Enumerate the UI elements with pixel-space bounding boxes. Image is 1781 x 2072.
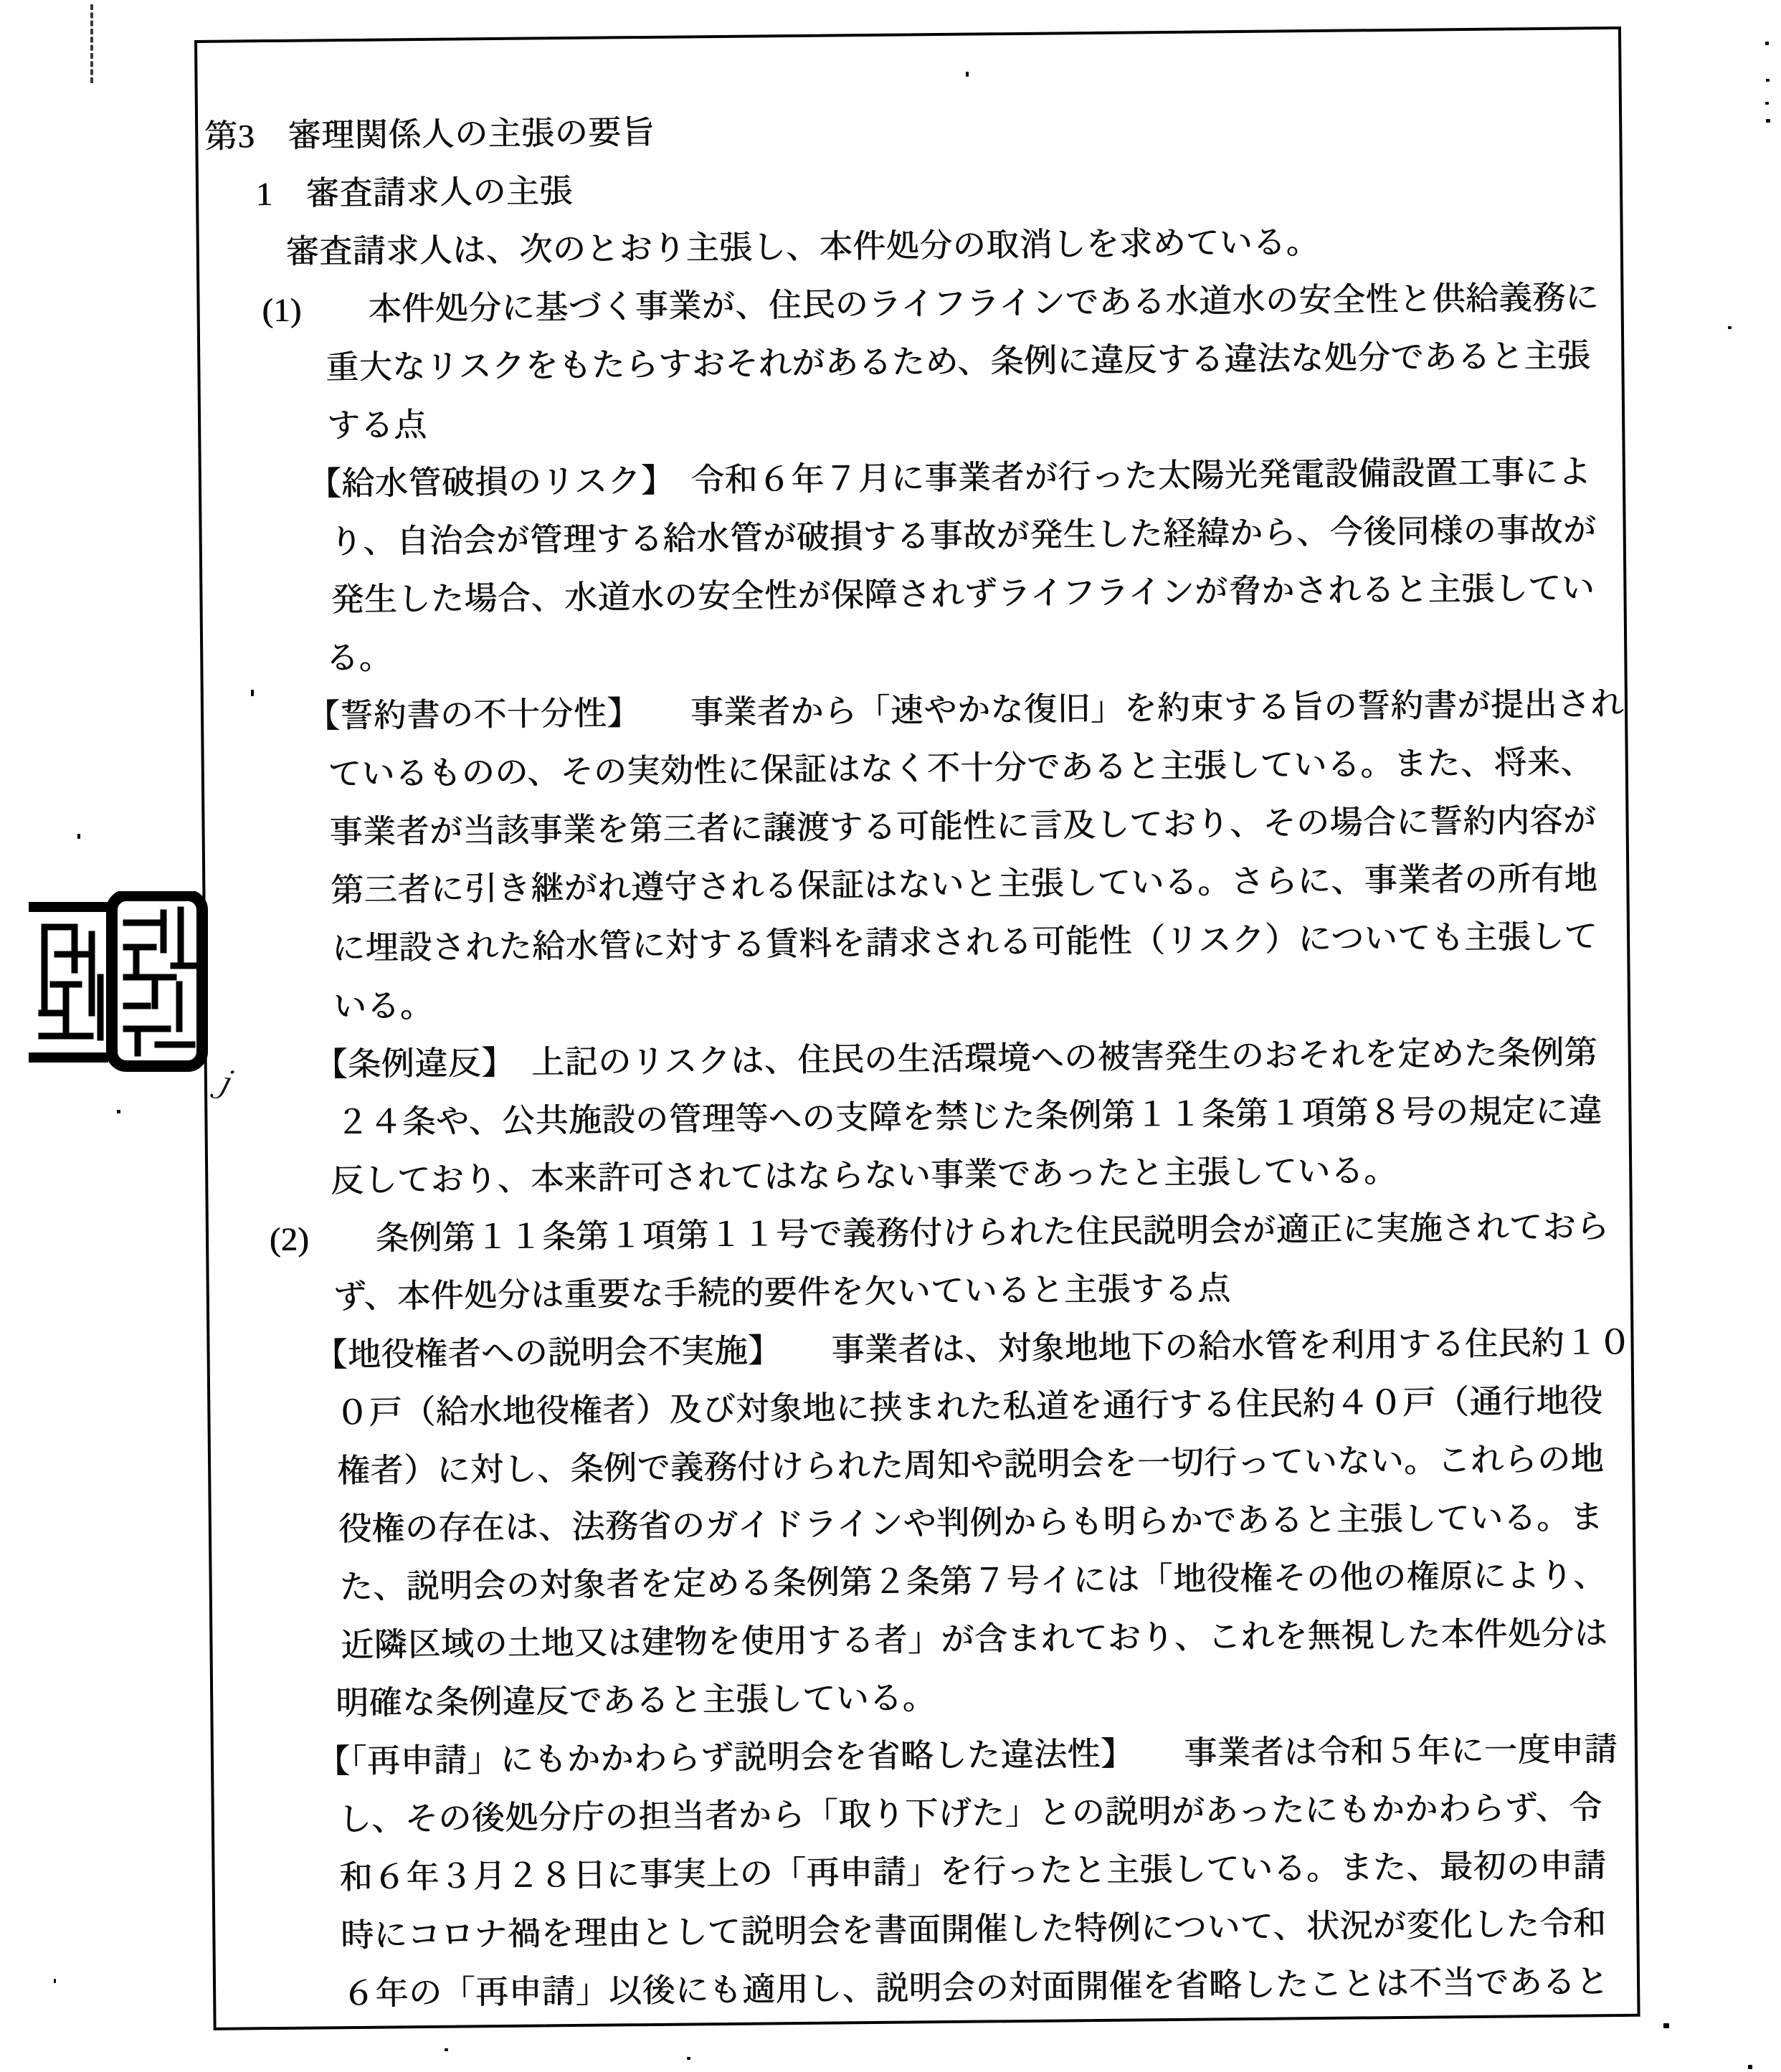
text-line: ているものの、その実効性に保証はなく不十分であると主張している。また、将来、 (328, 743, 1595, 793)
document-text: 第3 審理関係人の主張の要旨1 審査請求人の主張審査請求人は、次のとおり主張し、… (197, 29, 1618, 43)
text-line: 【地役権者への説明会不実施】 事業者は、対象地地下の給水管を利用する住民約１０ (314, 1324, 1631, 1374)
text-line: いる。 (333, 987, 434, 1025)
text-line: 役権の存在は、法務省のガイドラインや判例からも明らかであると主張している。ま (338, 1498, 1604, 1548)
scan-speck (687, 2057, 690, 2060)
text-line: ず、本件処分は重要な手続的要件を欠いていると主張する点 (333, 1270, 1231, 1316)
text-line: に埋設された給水管に対する賃料を請求される可能性（リスク）についても主張して (332, 918, 1598, 967)
scan-speck (1728, 326, 1732, 329)
text-line: ６年の「再申請」以後にも適用し、説明会の対面開催を省略したことは不当であると (342, 1963, 1609, 2012)
scan-speck (1766, 79, 1770, 82)
text-line: 【条例違反】 上記のリスクは、住民の生活環境への被害発生のおそれを定めた条例第 (314, 1034, 1597, 1083)
scan-speck (1748, 2065, 1752, 2069)
text-line: 事業者が当該事業を第三者に譲渡する可能性に言及しており、その場合に誓約内容が (329, 802, 1596, 851)
scan-speck (1765, 102, 1769, 105)
text-line: 【誓約書の不十分性】 事業者から「速やかな復旧」を約束する旨の誓約書が提出され (307, 685, 1624, 736)
text-line: 審査請求人は、次のとおり主張し、本件処分の取消しを求めている。 (286, 224, 1320, 271)
scan-speck (1765, 42, 1769, 45)
text-line: る。 (326, 639, 392, 677)
text-line: り、自治会が管理する給水管が破損する事故が発生した経緯から、今後同様の事故が (329, 511, 1596, 561)
text-line: 権者）に対し、条例で義務付けられた周知や説明会を一切行っていない。これらの地 (337, 1440, 1604, 1490)
scan-speck (1663, 2023, 1669, 2028)
text-line: (2) 条例第１１条第１項第１１号で義務付けられた住民説明会が適正に実施されてお… (270, 1208, 1610, 1258)
document-border-box: 第3 審理関係人の主張の要旨1 審査請求人の主張審査請求人は、次のとおり主張し、… (194, 27, 1640, 2030)
text-line: ０戸（給水地役権者）及び対象地に挟まれた私道を通行する住民約４０戸（通行地役 (336, 1382, 1602, 1432)
text-line: 第三者に引き継がれ遵守される保証はないと主張している。さらに、事業者の所有地 (331, 860, 1597, 909)
text-line: 明確な条例違反であると主張している。 (336, 1679, 936, 1722)
text-line: 重大なリスクをもたらすおそれがあるため、条例に違反する違法な処分であると主張 (326, 337, 1591, 386)
text-line: 和６年３月２８日に事実上の「再申請」を行ったと主張している。また、最初の申請 (339, 1847, 1606, 1896)
scan-speck (445, 2048, 448, 2051)
text-line: 発生した場合、水道水の安全性が保障されずライフラインが脅かされると主張してい (331, 569, 1595, 619)
text-line: 近隣区域の土地又は建物を使用する者」が含まれており、これを無視した本件処分は (341, 1615, 1607, 1664)
scan-speck (966, 72, 969, 77)
text-line: 1 審査請求人の主張 (256, 173, 573, 213)
text-line: 反しており、本来許可されてはならない事業であったと主張している。 (331, 1152, 1397, 1199)
scan-speck (77, 834, 80, 839)
text-line: 第3 審理関係人の主張の要旨 (204, 114, 655, 156)
text-line: する点 (327, 407, 427, 445)
fold-mark-dashes (90, 4, 93, 83)
scan-speck (54, 1979, 56, 1983)
text-line: し、その後処分庁の担当者から「取り下げた」との説明があったにもかかわらず、令 (338, 1789, 1602, 1838)
text-line: 【「再申請」にもかかわらず説明会を省略した違法性】 事業者は令和５年に一度申請 (317, 1731, 1618, 1780)
scanned-document-page: { "colors": { "ink": "#0d0d0d", "paper":… (0, 0, 1781, 2072)
text-line: (1) 本件処分に基づく事業が、住民のライフラインである水道水の安全性と供給義務… (262, 279, 1599, 329)
scan-speck (251, 690, 254, 696)
seal-stamp-icon (29, 891, 208, 1072)
scan-speck (1766, 119, 1770, 123)
text-line: た、説明会の対象者を定める条例第２条第７号イには「地役権その他の権原により、 (339, 1557, 1606, 1606)
text-line: 時にコロナ禍を理由として説明会を書面開催した特例について、状況が変化した令和 (341, 1905, 1607, 1954)
text-line: ２４条や、公共施設の管理等への支障を禁じた条例第１１条第１項第８号の規定に違 (336, 1092, 1602, 1141)
text-line: 【給水管破損のリスク】 令和６年７月に事業者が行った太陽光発電設備設置工事によ (308, 453, 1592, 503)
scan-speck (117, 1110, 120, 1113)
